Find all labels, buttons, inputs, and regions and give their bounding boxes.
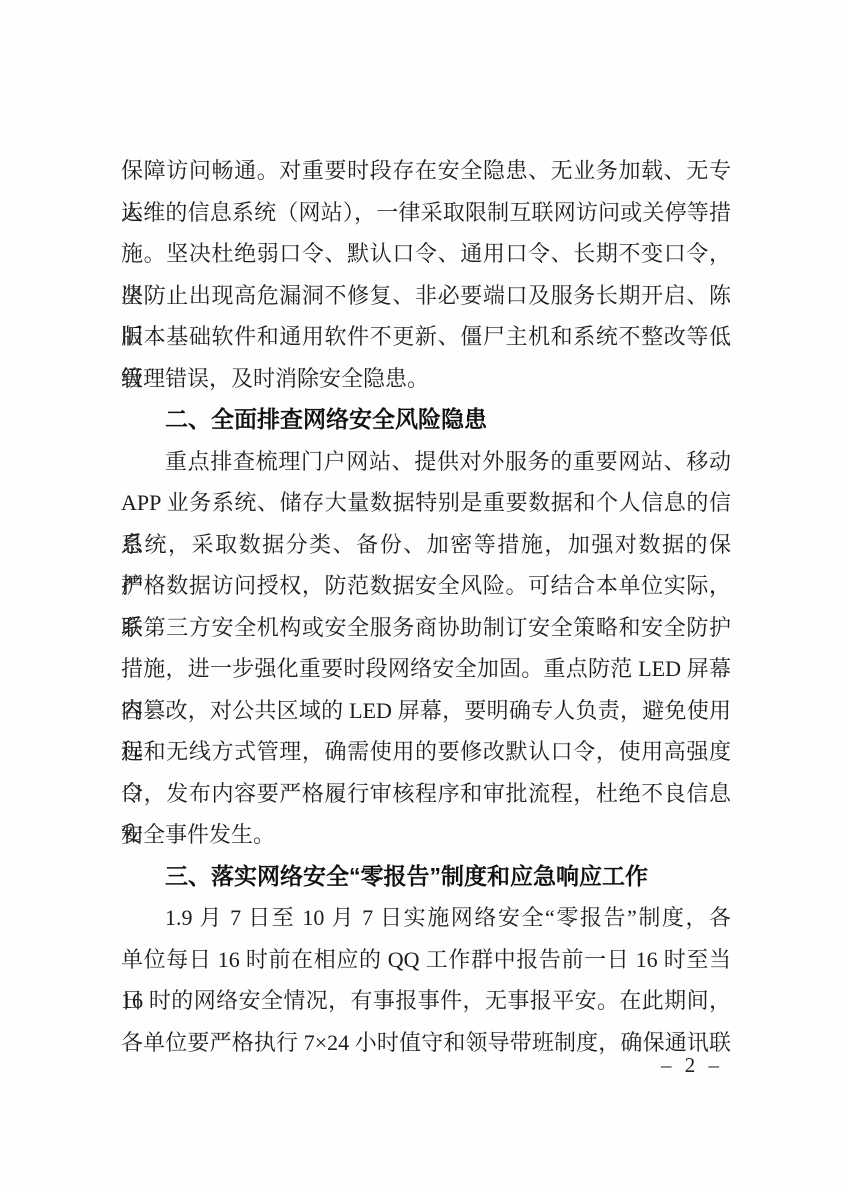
text-line: 容篡改，对公共区域的 LED 屏幕，要明确专人负责，避免使用远 [121, 690, 731, 732]
page-number: – 2 – [661, 1053, 723, 1078]
section-heading: 三、落实网络安全“零报告”制度和应急响应工作 [121, 856, 731, 898]
text-line: 系第三方安全机构或安全服务商协助制订安全策略和安全防护 [121, 607, 731, 649]
text-line: 令，发布内容要严格履行审核程序和审批流程，杜绝不良信息和 [121, 773, 731, 815]
text-line: 各单位要严格执行 7×24 小时值守和领导带班制度，确保通讯联 [121, 1022, 731, 1064]
text-line: 措施，进一步强化重要时段网络安全加固。重点防范 LED 屏幕内 [121, 648, 731, 690]
text-line: 安全事件发生。 [121, 814, 731, 856]
text-line: 决防止出现高危漏洞不修复、非必要端口及服务长期开启、陈旧 [121, 275, 731, 317]
text-line: 单位每日 16 时前在相应的 QQ 工作群中报告前一日 16 时至当日 [121, 939, 731, 981]
text-line: 程和无线方式管理，确需使用的要修改默认口令，使用高强度口 [121, 731, 731, 773]
section-heading: 二、全面排查网络安全风险隐患 [121, 399, 731, 441]
text-line: 1.9 月 7 日至 10 月 7 日实施网络安全“零报告”制度，各 [121, 897, 731, 939]
text-line: 保障访问畅通。对重要时段存在安全隐患、无业务加载、无专人 [121, 150, 731, 192]
text-line: 系统，采取数据分类、备份、加密等措施，加强对数据的保护， [121, 524, 731, 566]
document-content: 保障访问畅通。对重要时段存在安全隐患、无业务加载、无专人运维的信息系统（网站），… [121, 150, 731, 1063]
text-line: APP 业务系统、储存大量数据特别是重要数据和个人信息的信息 [121, 482, 731, 524]
text-line: 严格数据访问授权，防范数据安全风险。可结合本单位实际，联 [121, 565, 731, 607]
text-line: 运维的信息系统（网站），一律采取限制互联网访问或关停等措 [121, 192, 731, 234]
document-page: 保障访问畅通。对重要时段存在安全隐患、无业务加载、无专人运维的信息系统（网站），… [0, 0, 841, 1188]
text-line: 16 时的网络安全情况，有事报事件，无事报平安。在此期间， [121, 980, 731, 1022]
text-line: 版本基础软件和通用软件不更新、僵尸主机和系统不整改等低级 [121, 316, 731, 358]
text-line: 重点排查梳理门户网站、提供对外服务的重要网站、移动 [121, 441, 731, 483]
text-line: 施。坚决杜绝弱口令、默认口令、通用口令、长期不变口令，坚 [121, 233, 731, 275]
text-line: 管理错误，及时消除安全隐患。 [121, 358, 731, 400]
